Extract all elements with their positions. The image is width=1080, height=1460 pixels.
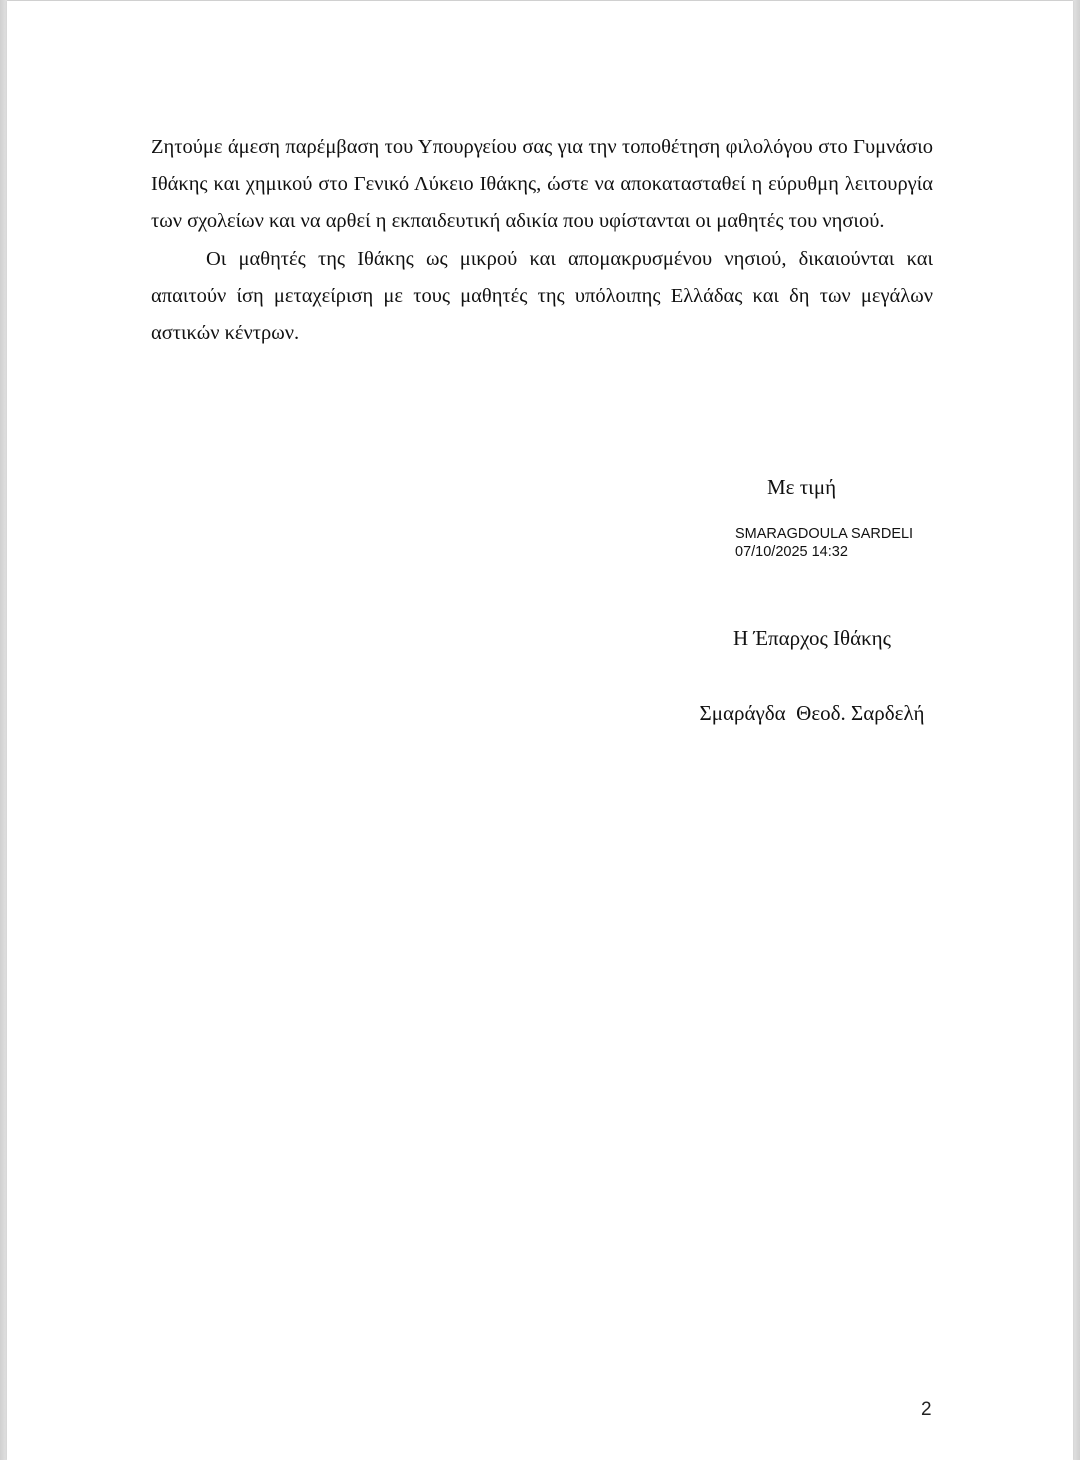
letter-body: Ζητούμε άμεση παρέμβαση του Υπουργείου σ… — [151, 129, 933, 352]
document-page: Ζητούμε άμεση παρέμβαση του Υπουργείου σ… — [7, 1, 1073, 1460]
digital-signature-datetime: 07/10/2025 14:32 — [735, 543, 913, 561]
viewer-background-left — [0, 0, 7, 1460]
signatory-title: Η Έπαρχος Ιθάκης — [682, 626, 942, 651]
paragraph-request: Ζητούμε άμεση παρέμβαση του Υπουργείου σ… — [151, 129, 933, 241]
page-number: 2 — [921, 1399, 932, 1421]
signatory-block: Η Έπαρχος Ιθάκης Σμαράγδα Θεοδ. Σαρδελή — [682, 576, 942, 776]
signatory-name: Σμαράγδα Θεοδ. Σαρδελή — [682, 701, 942, 726]
paragraph-equal-treatment: Οι μαθητές της Ιθάκης ως μικρού και απομ… — [151, 241, 933, 353]
viewer-background-right — [1073, 0, 1080, 1460]
digital-signature-name: SMARAGDOULA SARDELI — [735, 525, 913, 543]
digital-signature-stamp: SMARAGDOULA SARDELI 07/10/2025 14:32 — [735, 525, 913, 561]
closing-salutation: Με τιμή — [767, 475, 836, 500]
